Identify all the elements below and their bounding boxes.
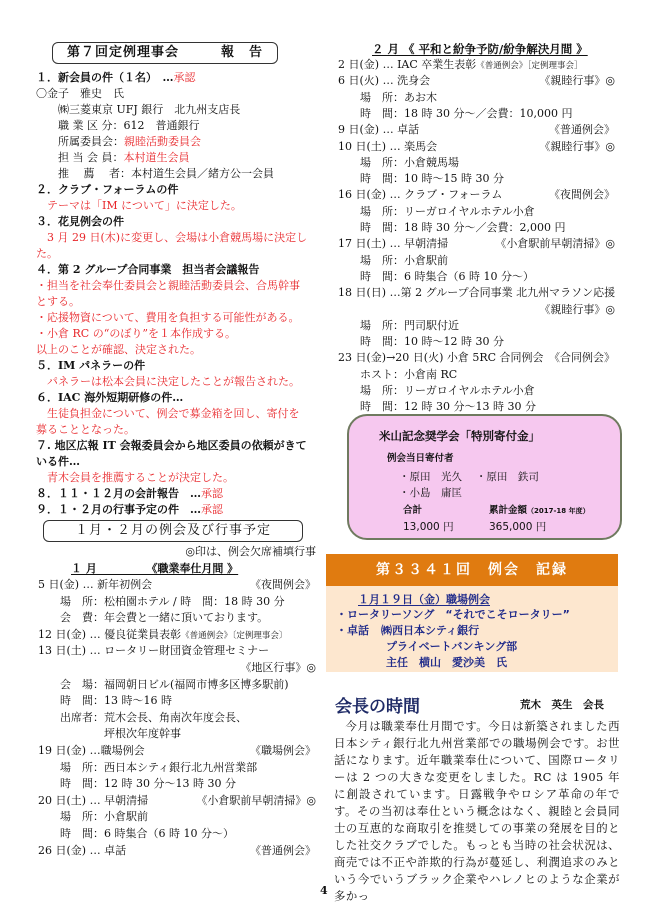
board-report-title: 第７回定例理事会 報 告 (67, 45, 263, 60)
schedule-item: 時 間：18 時 30 分～／会費：2,000 円 (338, 220, 565, 236)
schedule-item-text: 坪根次年度幹事 (38, 727, 181, 740)
schedule-item: ホスト：小倉南 RC (338, 367, 457, 383)
cumulative-period: （2017-18 年度） (527, 507, 590, 515)
schedule-item-text: 時 間：12 時 30 分～13 時 30 分 (338, 400, 536, 413)
schedule-item: 時 間：18 時 30 分～／会費：10,000 円 (338, 106, 572, 122)
total-label: 合計 (403, 502, 422, 516)
schedule-item: 場 所：門司駅付近 (338, 318, 459, 334)
schedule-item-category: 《小倉駅前早朝清掃》◎ (156, 793, 316, 809)
schedule-item: 時 間：13 時～16 時 (38, 693, 172, 709)
schedule-item: 17 日(土) … 早朝清掃 (338, 236, 448, 252)
schedule-item-category: 《普通例会》 (156, 843, 316, 859)
board-item-text: 担 当 会 員： (36, 151, 124, 164)
schedule-item-text: 場 所：小倉競馬場 (338, 156, 459, 169)
schedule-item-text: 19 日(金) …職場例会 (38, 744, 145, 757)
schedule-item: 時 間：10 時～15 時 30 分 (338, 171, 504, 187)
president-title: 会長の時間 (335, 692, 420, 717)
board-item: ８．１１・１２月の会計報告 …承認 (36, 486, 223, 502)
donation-box: 米山記念奨学会「特別寄付金」 例会当日寄付者 ・原田 光久 ・原田 鉄司 ・小島… (347, 414, 622, 540)
board-item: ４．第 2 グループ合同事業 担当者会議報告 (36, 262, 259, 278)
board-item-text: ５．IM パネラーの件 (36, 359, 145, 372)
donation-subtitle: 例会当日寄付者 (387, 450, 454, 464)
schedule-item-text: 26 日(金) … 卓話 (38, 844, 126, 857)
schedule-item-category: 《普通例会》 (455, 122, 615, 138)
board-item: ７. 地区広報 IT 会報委員会から地区委員の依頼がきて (36, 438, 307, 454)
cumulative-label: 累計金額（2017-18 年度） (489, 502, 590, 516)
board-item: １．新会員の件（１名） …承認 (36, 70, 196, 86)
schedule-item-text: 会 場：福岡朝日ビル(福岡市博多区博多駅前) (38, 678, 289, 691)
president-message: 今月は職業奉仕月間です。今日は新築されました西日本シティ銀行北九州営業部での職場… (334, 718, 620, 905)
schedule-item-text: 12 日(金) … 優良従業員表彰 (38, 628, 181, 641)
meeting-date: １月１９日（金）職場例会 (358, 591, 490, 607)
board-item: ２．クラブ・フォーラムの件 (36, 182, 178, 198)
schedule-item-text: 時 間：10 時～12 時 30 分 (338, 335, 504, 348)
board-item: 青木会員を推薦することが決定した。 (36, 470, 234, 486)
board-item-text: １．新会員の件（１名） … (36, 71, 174, 84)
total-value: 13,000 円 (403, 519, 454, 534)
schedule-item-text: 会 費：年会費と一緒に頂いております。 (38, 611, 268, 624)
february-heading: ２ 月 《 平和と紛争予防/紛争解決月間 》 (372, 41, 588, 57)
schedule-item-text: 時 間：18 時 30 分～／会費：10,000 円 (338, 107, 572, 120)
schedule-item-text: 18 日(日) …第 2 グループ合同事業 北九州マラソン応援 (338, 286, 615, 299)
meeting-record-header: 第３３４１回 例会 記録 (326, 554, 618, 586)
board-item-text: いる件… (36, 455, 80, 468)
schedule-item: 場 所：リーガロイヤルホテル小倉 (338, 383, 535, 399)
schedule-item-text: 13 日(土) … ロータリー財団資金管理セミナー (38, 644, 269, 657)
schedule-item-text: 場 所：西日本シティ銀行北九州営業部 (38, 761, 257, 774)
schedule-item: 10 日(土) … 楽馬会 (338, 139, 437, 155)
schedule-item-text: 9 日(金) … 卓話 (338, 123, 419, 136)
status-approved: 親睦活動委員会 (124, 135, 201, 148)
board-item: テーマは「IM について」に決定した。 (36, 198, 242, 214)
page-number: 4 (320, 884, 328, 897)
board-item: いる件… (36, 454, 80, 470)
board-item-text: ４．第 2 グループ合同事業 担当者会議報告 (36, 263, 259, 276)
schedule-note: ◎印は、例会欠席補填行事 (150, 544, 316, 560)
schedule-item: 19 日(金) …職場例会 (38, 743, 145, 759)
schedule-item-category: 《地区行事》◎ (156, 660, 316, 676)
meeting-record-title: 第３３４１回 例会 記録 (376, 562, 568, 578)
meeting-record-body: １月１９日（金）職場例会 ・ロータリーソング “それでこそロータリー” ・卓話 … (326, 586, 618, 672)
schedule-item-category: 《職場例会》 (156, 743, 316, 759)
schedule-item: 坪根次年度幹事 (38, 726, 181, 742)
schedule-item: 6 日(火) … 洗身会 (338, 73, 430, 89)
schedule-item-text: 6 日(火) … 洗身会 (338, 74, 430, 87)
schedule-header: １月・２月の例会及び行事予定 (43, 520, 303, 542)
schedule-item: 場 所：小倉競馬場 (338, 155, 459, 171)
schedule-item: 出席者：荒木会長、角南次年度会長、 (38, 710, 247, 726)
board-item: た。 (36, 246, 58, 262)
schedule-item-text: 場 所：小倉駅前 (38, 810, 148, 823)
board-item: パネラーは松本会員に決定したことが報告された。 (36, 374, 300, 390)
schedule-item: 場 所：西日本シティ銀行北九州営業部 (38, 760, 257, 776)
schedule-item-tag: 《普通例会》〔定例理事会〕 (181, 631, 287, 641)
schedule-item-category: 《親睦行事》◎ (455, 302, 615, 318)
donor-list-line2: ・小島 庸匡 (399, 485, 462, 500)
cumulative-value: 365,000 円 (489, 519, 546, 534)
schedule-item: 場 所：小倉駅前 (38, 809, 148, 825)
schedule-item: 18 日(日) …第 2 グループ合同事業 北九州マラソン応援 (338, 285, 615, 301)
board-item-text: ９．１・２月の行事予定の件 … (36, 503, 201, 516)
schedule-item-text: 場 所：あお木 (338, 91, 437, 104)
board-item-text: 〇金子 雅史 氏 (36, 87, 124, 100)
talk-label: ・卓話 (336, 622, 369, 638)
board-item: ３．花見例会の件 (36, 214, 124, 230)
schedule-item-text: 出席者：荒木会長、角南次年度会長、 (38, 711, 247, 724)
schedule-item: 場 所：小倉駅前 (338, 253, 448, 269)
schedule-title: １月・２月の例会及び行事予定 (75, 523, 271, 538)
schedule-item-category: 《親睦行事》◎ (455, 139, 615, 155)
schedule-item-text: 時 間：13 時～16 時 (38, 694, 172, 707)
cumulative-label-text: 累計金額 (489, 505, 527, 516)
board-item: 所属委員会：親睦活動委員会 (36, 134, 201, 150)
schedule-item-text: 時 間：6 時集合（6 時 10 分～） (338, 270, 534, 283)
board-item: ５．IM パネラーの件 (36, 358, 145, 374)
schedule-item-text: 場 所：リーガロイヤルホテル小倉 (338, 384, 535, 397)
schedule-item: 場 所：あお木 (338, 90, 437, 106)
schedule-item: 5 日(金) … 新年初例会 (38, 577, 152, 593)
board-item-text: ３．花見例会の件 (36, 215, 124, 228)
schedule-item: 会 場：福岡朝日ビル(福岡市博多区博多駅前) (38, 677, 289, 693)
board-item: とする。 (36, 294, 80, 310)
schedule-item-category: 《夜間例会》 (455, 187, 615, 203)
board-item-text: ８．１１・１２月の会計報告 … (36, 487, 201, 500)
schedule-item: 時 間：6 時集合（6 時 10 分～） (38, 826, 234, 842)
board-item-text: ７. 地区広報 IT 会報委員会から地区委員の依頼がきて (36, 439, 307, 452)
january-heading: １ 月 《職業奉仕月間 》 (71, 561, 238, 577)
schedule-item-text: 時 間：12 時 30 分～13 時 30 分 (38, 777, 236, 790)
board-report-header: 第７回定例理事会 報 告 (52, 42, 278, 64)
board-item: ９．１・２月の行事予定の件 …承認 (36, 502, 223, 518)
schedule-item: 会 費：年会費と一緒に頂いております。 (38, 610, 268, 626)
schedule-item: 場 所：リーガロイヤルホテル小倉 (338, 204, 535, 220)
status-approved: 承認 (174, 71, 196, 84)
board-item: 〇金子 雅史 氏 (36, 86, 124, 102)
schedule-item: 20 日(土) … 早朝清掃 (38, 793, 148, 809)
schedule-item-text: 場 所：門司駅付近 (338, 319, 459, 332)
schedule-item-category: 《夜間例会》 (156, 577, 316, 593)
status-approved: 承認 (201, 503, 223, 516)
schedule-item-text: 場 所：松柏園ホテル / 時 間：18 時 30 分 (38, 595, 285, 608)
schedule-item-text: 17 日(土) … 早朝清掃 (338, 237, 448, 250)
schedule-item: 時 間：12 時 30 分～13 時 30 分 (38, 776, 236, 792)
board-item: ・担当を社会奉仕委員会と親睦活動委員会、合馬幹事 (36, 278, 300, 294)
status-approved: 承認 (201, 487, 223, 500)
board-item: ・小倉 RC の“のぼり”を１本作成する。 (36, 326, 236, 342)
board-item: 担 当 会 員：本村道生会員 (36, 150, 190, 166)
board-item: ６．IAC 海外短期研修の件… (36, 390, 183, 406)
schedule-item-text: 場 所：小倉駅前 (338, 254, 448, 267)
talk-department: プライベートバンキング部 (386, 638, 517, 654)
schedule-item: 時 間：12 時 30 分～13 時 30 分 (338, 399, 536, 415)
schedule-item-text: 2 日(金) … IAC 卒業生表彰 (338, 58, 476, 71)
meeting-song: ・ロータリーソング “それでこそロータリー” (336, 606, 570, 622)
schedule-item: 13 日(土) … ロータリー財団資金管理セミナー (38, 643, 269, 659)
schedule-item: 時 間：6 時集合（6 時 10 分～） (338, 269, 534, 285)
schedule-item: 2 日(金) … IAC 卒業生表彰《普通例会》［定例理事会］ (338, 57, 583, 73)
board-item: 以上のことが確認、決定された。 (36, 342, 201, 358)
board-item: 生徒負担金について、例会で募金箱を回し、寄付を (36, 406, 300, 422)
board-item-text: ６．IAC 海外短期研修の件… (36, 391, 183, 404)
schedule-item-text: ホスト：小倉南 RC (338, 368, 457, 381)
board-item: 3 月 29 日(木)に変更し、会場は小倉競馬場に決定し (36, 230, 307, 246)
schedule-item: 時 間：10 時～12 時 30 分 (338, 334, 504, 350)
schedule-item-tag: 《普通例会》［定例理事会］ (476, 61, 582, 71)
schedule-item-text: 時 間：10 時～15 時 30 分 (338, 172, 504, 185)
status-approved: 本村道生会員 (124, 151, 190, 164)
board-item: 職 業 区 分：612 普通銀行 (36, 118, 200, 134)
talk-speaker: 主任 横山 愛沙美 氏 (386, 654, 507, 670)
board-item-text: 職 業 区 分：612 普通銀行 (36, 119, 200, 132)
talk-organization: ㈱西日本シティ銀行 (381, 622, 479, 638)
schedule-item-text: 場 所：リーガロイヤルホテル小倉 (338, 205, 535, 218)
schedule-item-category: 《親睦行事》◎ (455, 73, 615, 89)
board-item: 推 薦 者：本村道生会員／緒方公一会員 (36, 166, 274, 182)
schedule-item-text: 10 日(土) … 楽馬会 (338, 140, 437, 153)
schedule-item-text: 5 日(金) … 新年初例会 (38, 578, 152, 591)
schedule-item-text: 時 間：18 時 30 分～／会費：2,000 円 (338, 221, 565, 234)
board-item-text: 推 薦 者：本村道生会員／緒方公一会員 (36, 167, 274, 180)
schedule-item-text: 20 日(土) … 早朝清掃 (38, 794, 148, 807)
president-name: 荒木 英生 会長 (520, 697, 604, 712)
schedule-item-text: 時 間：6 時集合（6 時 10 分～） (38, 827, 234, 840)
schedule-item: 9 日(金) … 卓話 (338, 122, 419, 138)
board-item-text: ２．クラブ・フォーラムの件 (36, 183, 178, 196)
board-item-text: ㈱三菱東京 UFJ 銀行 北九州支店長 (36, 103, 240, 116)
schedule-item-category: 《小倉駅前早朝清掃》◎ (455, 236, 615, 252)
schedule-item: 12 日(金) … 優良従業員表彰《普通例会》〔定例理事会〕 (38, 627, 287, 643)
board-item: ㈱三菱東京 UFJ 銀行 北九州支店長 (36, 102, 240, 118)
donor-list-line1: ・原田 光久 ・原田 鉄司 (399, 469, 539, 484)
schedule-item: 場 所：松柏園ホテル / 時 間：18 時 30 分 (38, 594, 285, 610)
board-item-text: 所属委員会： (36, 135, 124, 148)
board-item: ・応援物資について、費用を負担する可能性がある。 (36, 310, 300, 326)
board-item: 募ることとなった。 (36, 422, 135, 438)
schedule-item-category: 《合同例会》 (455, 350, 615, 366)
schedule-item: 26 日(金) … 卓話 (38, 843, 126, 859)
donation-title: 米山記念奨学会「特別寄付金」 (379, 428, 540, 444)
